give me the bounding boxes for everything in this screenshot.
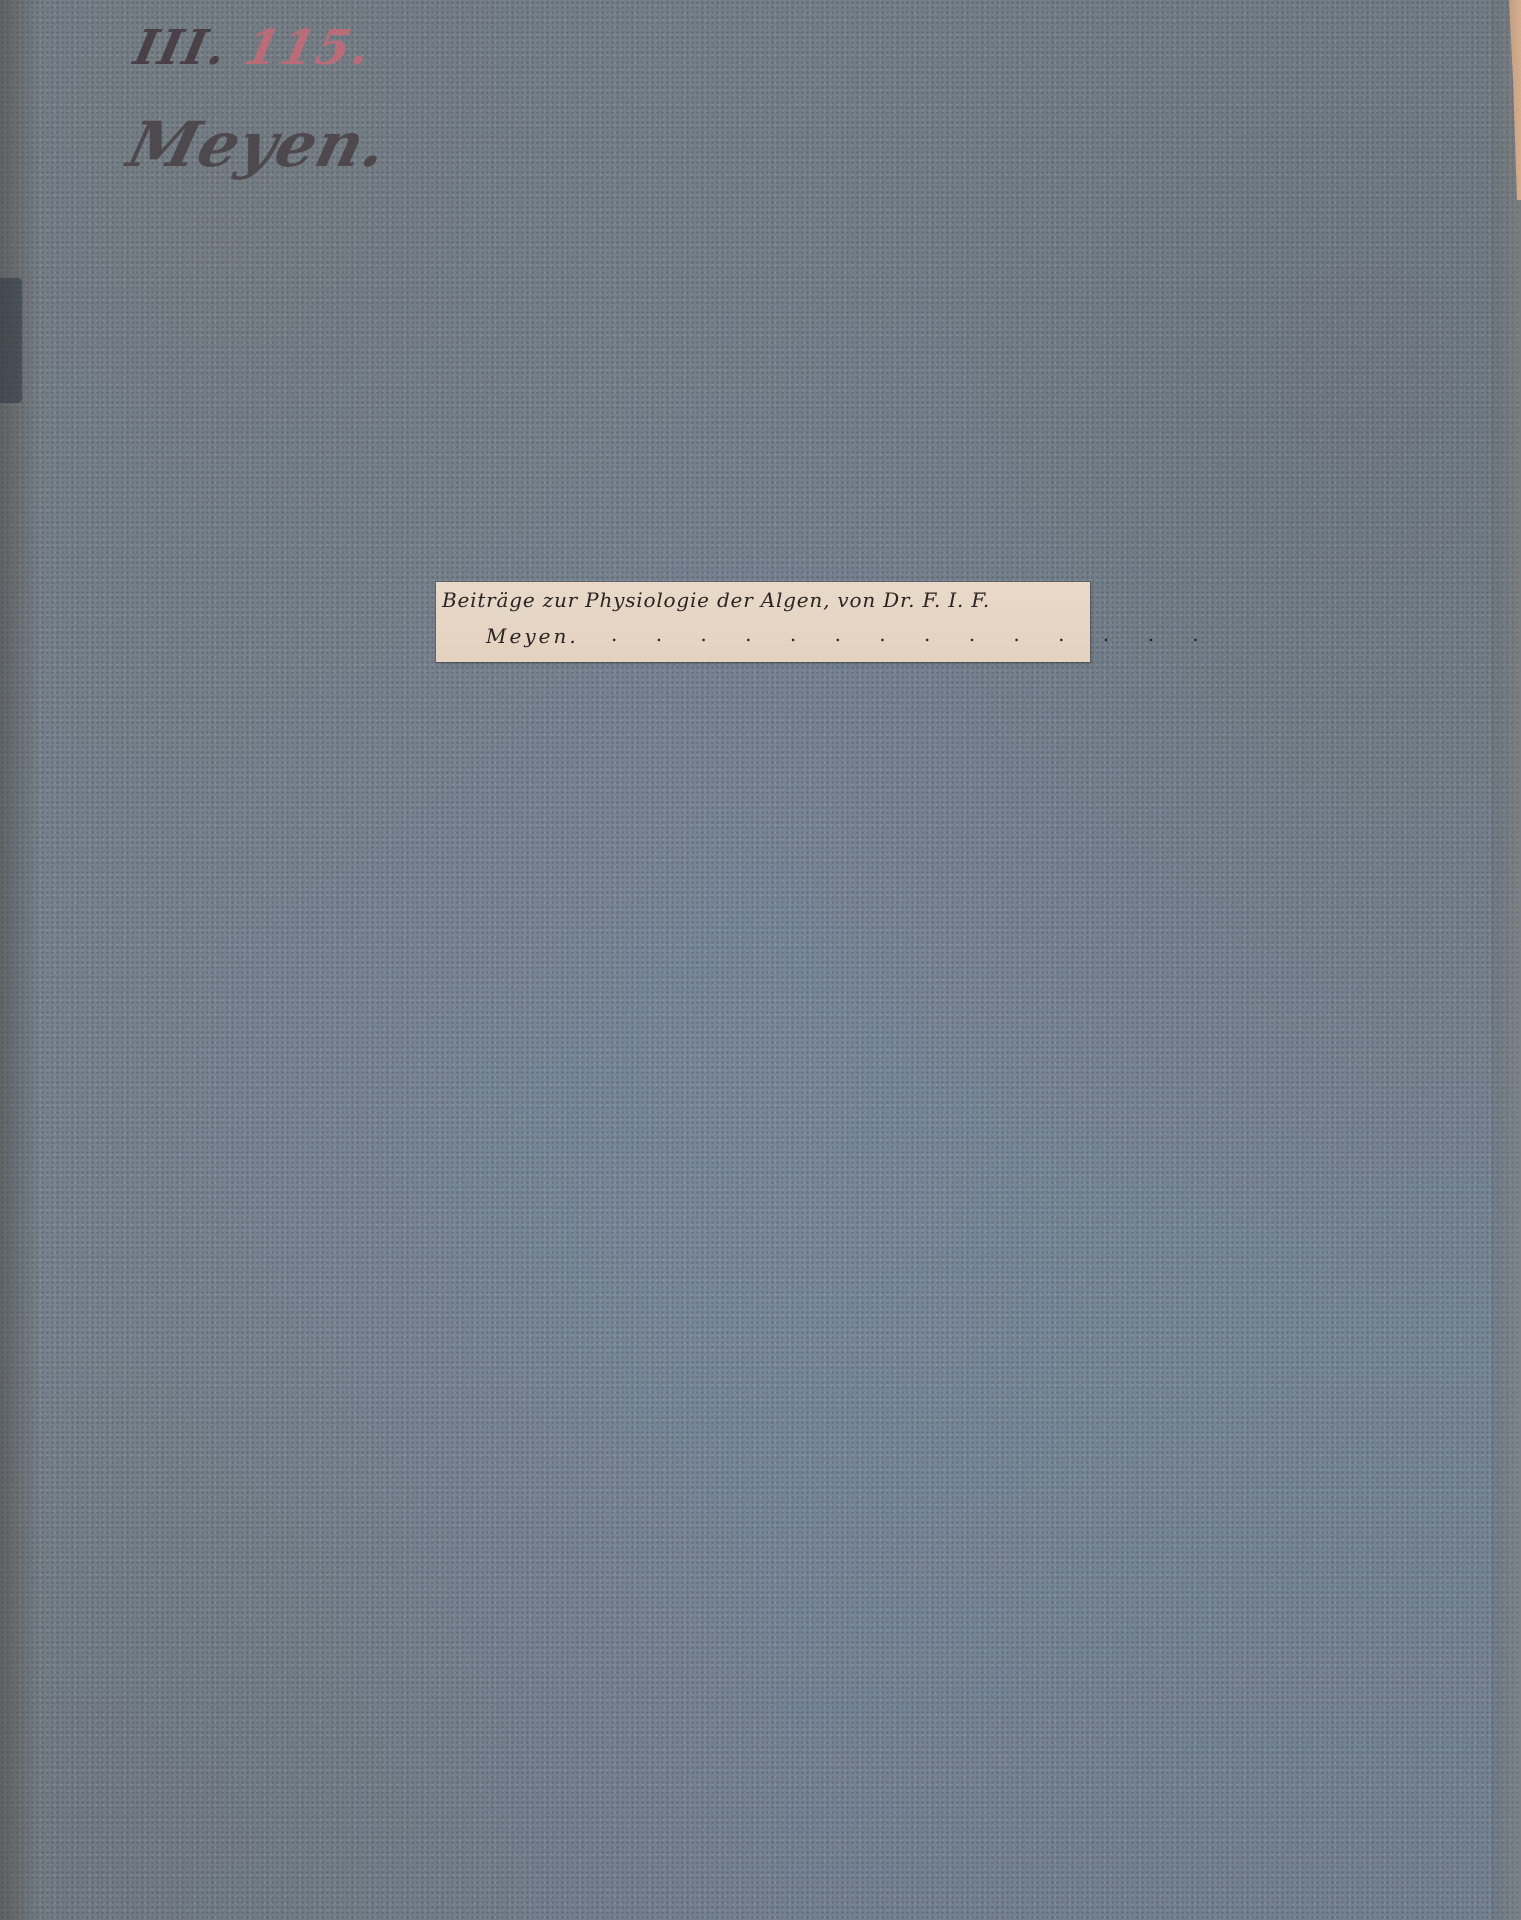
label-author-line: Meyen. — [486, 624, 579, 648]
handwritten-author: Meyen. — [121, 108, 395, 181]
shelfmark-roman: III. — [129, 20, 233, 76]
label-leader-dots: . . . . . . . . . . . . . . — [611, 622, 1215, 646]
book-cover: III. 115. Meyen. Beiträge zur Physiologi… — [0, 0, 1521, 1920]
right-edge — [1491, 0, 1521, 1920]
spine-stain — [0, 278, 22, 403]
title-label: Beiträge zur Physiologie der Algen, von … — [436, 582, 1090, 662]
handwritten-shelfmark: III. 115. — [129, 20, 377, 76]
shelfmark-number: 115. — [240, 20, 377, 76]
label-title-line: Beiträge zur Physiologie der Algen, von … — [442, 588, 990, 612]
